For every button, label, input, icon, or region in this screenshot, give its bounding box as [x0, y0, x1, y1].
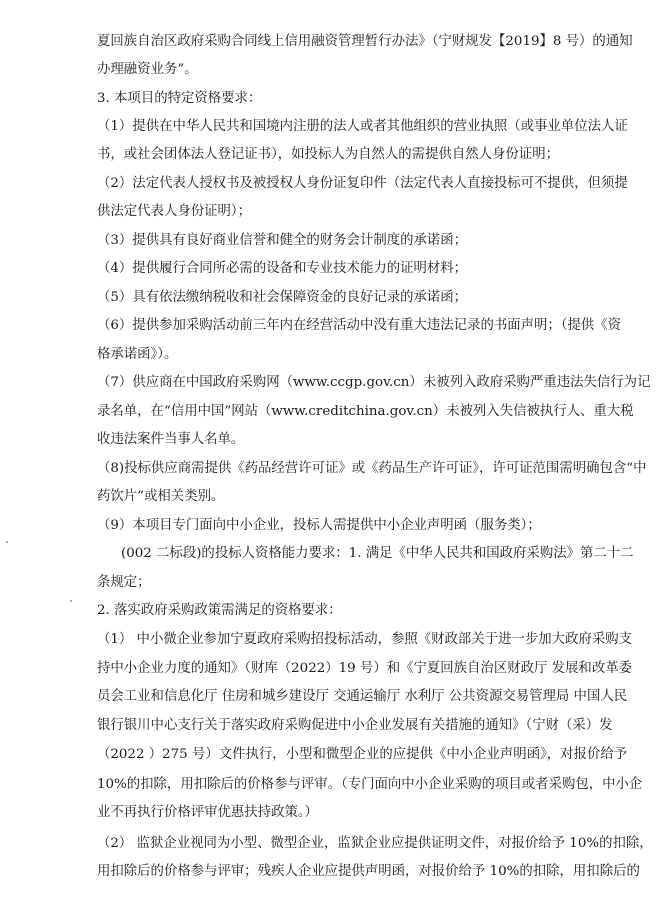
- text-line: 夏回族自治区政府采购合同线上信用融资管理暂行办法》（宁财规发【2019】8 号）…: [97, 32, 589, 52]
- text-line: （1） 中小微企业参加宁夏政府采购招投标活动，参照《财政部关于进一步加大政府采购…: [97, 630, 589, 650]
- text-line: 10%的扣除，用扣除后的价格参与评审。（专门面向中小企业采购的项目或者采购包，中…: [97, 775, 589, 795]
- text-line: 3. 本项目的特定资格要求：: [97, 89, 589, 109]
- text-line: 银行银川中心支行关于落实政府采购促进中小企业发展有关措施的通知》（宁财（采）发: [97, 716, 589, 736]
- text-line: 业不再执行价格评审优惠扶持政策。）: [97, 803, 589, 823]
- scan-speck: [70, 600, 72, 602]
- document-page: 夏回族自治区政府采购合同线上信用融资管理暂行办法》（宁财规发【2019】8 号）…: [0, 0, 664, 901]
- text-line: 供法定代表人身份证明）；: [97, 202, 589, 222]
- text-line: （2022 ）275 号）文件执行，小型和微型企业的应提供《中小企业声明函》，对…: [97, 745, 589, 765]
- text-line: （3）提供具有良好商业信誉和健全的财务会计制度的承诺函；: [97, 231, 589, 251]
- text-line: （6）提供参加采购活动前三年内在经营活动中没有重大违法记录的书面声明；（提供《资: [97, 316, 589, 336]
- text-line: (002 二标段)的投标人资格能力要求：1. 满足《中华人民共和国政府采购法》第…: [121, 544, 589, 564]
- text-line: 2. 落实政府采购政策需满足的资格要求：: [97, 601, 589, 621]
- text-line: 员会工业和信息化厅 住房和城乡建设厅 交通运输厅 水利厅 公共资源交易管理局 中…: [97, 687, 589, 707]
- text-line: 条规定；: [97, 573, 589, 593]
- scan-speck: [6, 541, 8, 543]
- text-line: 办理融资业务”。: [97, 60, 589, 80]
- text-line: （4）提供履行合同所必需的设备和专业技术能力的证明材料；: [97, 259, 589, 279]
- text-line: （7）供应商在中国政府采购网（www.ccgp.gov.cn）未被列入政府采购严…: [97, 373, 589, 393]
- text-line: （2） 监狱企业视同为小型、微型企业，监狱企业应提供证明文件，对报价给予 10%…: [97, 834, 589, 854]
- text-line: 用扣除后的价格参与评审；残疾人企业应提供声明函，对报价给予 10%的扣除，用扣除…: [97, 862, 589, 882]
- text-line: 录名单，在“信用中国”网站（www.creditchina.gov.cn）未被列…: [97, 402, 589, 422]
- text-line: 收违法案件当事人名单。: [97, 430, 589, 450]
- text-line: 书，或社会团体法人登记证书），如投标人为自然人的需提供自然人身份证明；: [97, 145, 589, 165]
- text-line: 持中小企业力度的通知》（财库（2022）19 号）和《宁夏回族自治区财政厅 发展…: [97, 659, 589, 679]
- text-line: （5）具有依法缴纳税收和社会保障资金的良好记录的承诺函；: [97, 288, 589, 308]
- text-line: （1）提供在中华人民共和国境内注册的法人或者其他组织的营业执照（或事业单位法人证: [97, 117, 589, 137]
- text-line: （8)投标供应商需提供《药品经营许可证》或《药品生产许可证》，许可证范围需明确包…: [97, 459, 589, 479]
- text-line: 药饮片”或相关类别。: [97, 487, 589, 507]
- text-line: （9）本项目专门面向中小企业，投标人需提供中小企业声明函（服务类）；: [97, 516, 589, 536]
- text-line: 格承诺函》）。: [97, 345, 589, 365]
- text-line: （2）法定代表人授权书及被授权人身份证复印件（法定代表人直接投标可不提供，但须提: [97, 174, 589, 194]
